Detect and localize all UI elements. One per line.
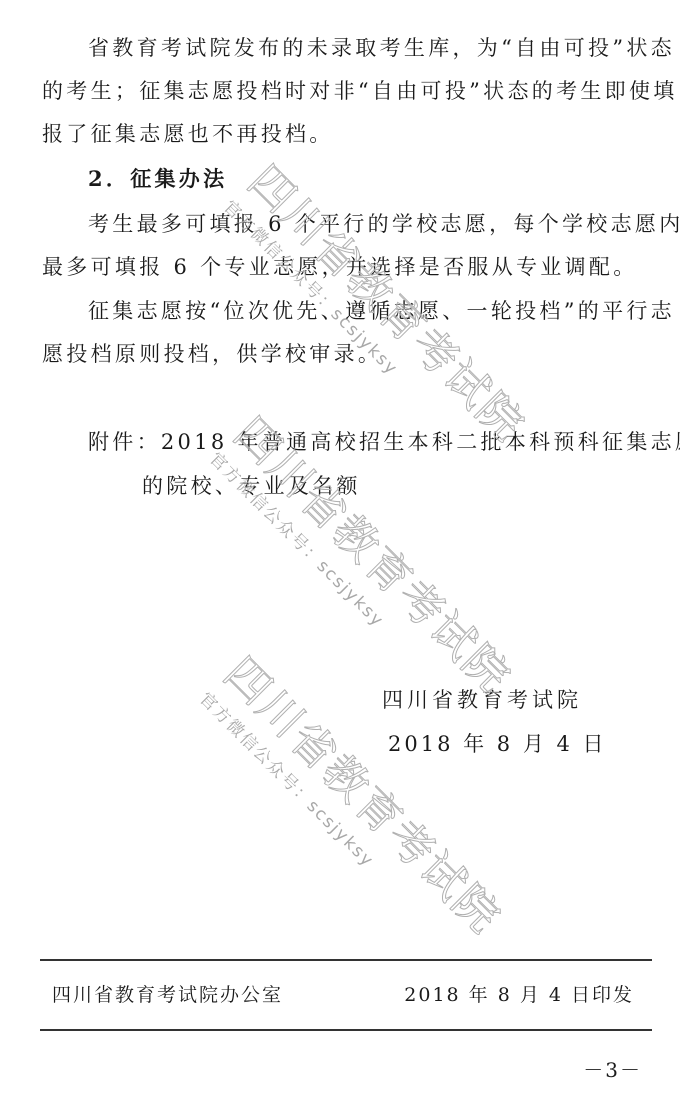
page-number: －3－ (583, 1054, 642, 1083)
body-para1-line1: 省教育考试院发布的未录取考生库，为“自由可投”状态 (88, 34, 675, 62)
footer-top-rule (40, 959, 652, 961)
body-para1-line2: 的考生；征集志愿投档时对非“自由可投”状态的考生即使填 (42, 77, 678, 105)
watermark-sub-text: 官方微信公众号：scsjyksy (195, 685, 473, 963)
attachment-line2: 的院校、专业及名额 (142, 472, 361, 500)
body-para2-line1: 考生最多可填报 6 个平行的学校志愿，每个学校志愿内 (88, 210, 680, 238)
signature-org: 四川省教育考试院 (382, 686, 582, 714)
footer-bottom-rule (40, 1029, 652, 1031)
footer-issuer: 四川省教育考试院办公室 (52, 982, 283, 1008)
body-para3-line2: 愿投档原则投档，供学校审录。 (42, 340, 382, 368)
body-para1-line3: 报了征集志愿也不再投档。 (42, 120, 334, 148)
body-para2-line2: 最多可填报 6 个专业志愿，并选择是否服从专业调配。 (42, 253, 638, 281)
body-para3-line1: 征集志愿按“位次优先、遵循志愿、一轮投档”的平行志 (88, 297, 675, 325)
footer-issue-date: 2018 年 8 月 4 日印发 (404, 982, 634, 1008)
section-heading: 2．征集办法 (88, 165, 227, 193)
attachment-line1: 附件：2018 年普通高校招生本科二批本科预科征集志愿 (88, 428, 680, 456)
signature-date: 2018 年 8 月 4 日 (388, 730, 607, 758)
